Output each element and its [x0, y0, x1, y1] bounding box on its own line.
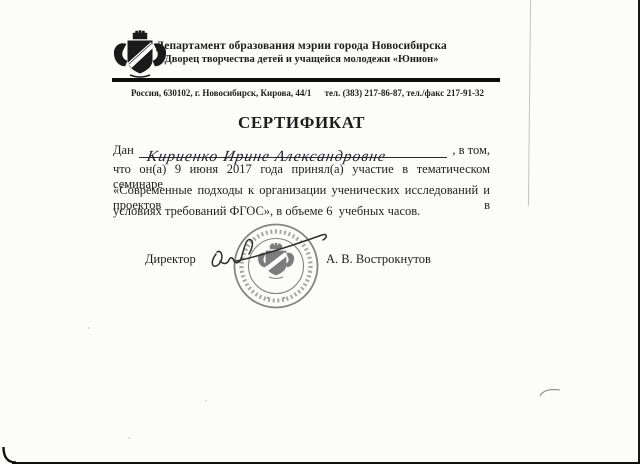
- clause-suffix: , в том,: [452, 143, 490, 158]
- scan-corner-curve: [0, 442, 22, 464]
- stray-pen-mark: [538, 386, 564, 400]
- org-department-line: Департамент образования мэрии города Нов…: [113, 40, 490, 54]
- scan-speck: [205, 400, 207, 402]
- letterhead-divider: [112, 78, 500, 82]
- org-address: Россия, 630102, г. Новосибирск, Кирова, …: [131, 88, 311, 98]
- scan-speck: [128, 437, 130, 439]
- given-label: Дан: [113, 143, 134, 158]
- certificate-title: СЕРТИФИКАТ: [113, 113, 490, 133]
- body-line-4: условиях требований ФГОС», в объеме 6 уч…: [113, 204, 490, 219]
- org-phones: тел. (383) 217-86-87, тел./факс 217-91-3…: [325, 88, 484, 98]
- director-label: Директор: [145, 252, 196, 267]
- director-signature: [206, 227, 340, 275]
- org-name-line: Дворец творчества детей и учащейся молод…: [113, 54, 490, 67]
- recipient-name-underline: Кириенко Ирине Александровне: [139, 157, 448, 158]
- letterhead-contacts: Россия, 630102, г. Новосибирск, Кирова, …: [113, 88, 490, 98]
- recipient-line: Дан Кириенко Ирине Александровне , в том…: [113, 141, 490, 158]
- director-name: А. В. Вострокнутов: [326, 252, 431, 267]
- scan-fold-line: [528, 0, 531, 206]
- scan-speck: [88, 327, 90, 329]
- letterhead: Департамент образования мэрии города Нов…: [113, 40, 490, 66]
- scanned-certificate-page: Департамент образования мэрии города Нов…: [0, 0, 640, 464]
